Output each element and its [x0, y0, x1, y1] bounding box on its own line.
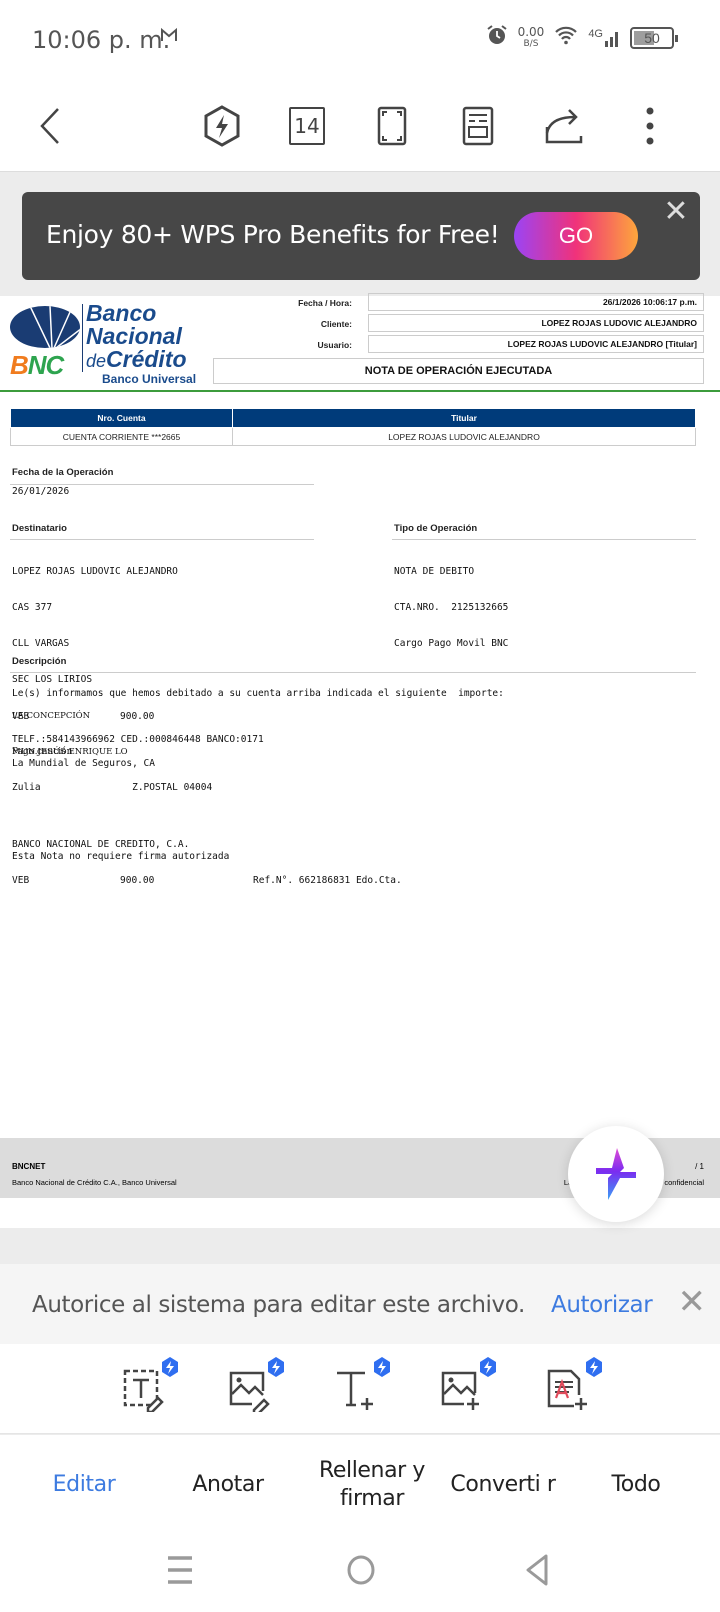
system-nav-bar	[0, 1535, 720, 1612]
mode-tabs: Editar Anotar Rellenar y firmar Converti…	[0, 1435, 720, 1535]
authorize-button[interactable]: Autorizar	[551, 1292, 652, 1318]
tab-convertir[interactable]: Converti r	[448, 1435, 558, 1535]
edit-image-tool[interactable]	[228, 1368, 278, 1418]
tab-anotar[interactable]: Anotar	[172, 1435, 284, 1535]
pdf-page: BNC Banco Nacional deCrédito Banco Unive…	[0, 296, 720, 1228]
reference-number: Ref.N°. 662186831 Edo.Cta.	[253, 875, 402, 887]
tab-rellenar-firmar[interactable]: Rellenar y firmar	[306, 1435, 438, 1535]
destinatario-address: LOPEZ ROJAS LUDOVIC ALEJANDRO CAS 377 CL…	[12, 542, 212, 818]
reader-toolbar: 14	[0, 84, 720, 172]
fecha-operacion-value: 26/01/2026	[12, 486, 69, 498]
net-speed: 0.00 B/S	[518, 26, 545, 50]
table-row: CUENTA CORRIENTE ***2665 LOPEZ ROJAS LUD…	[11, 428, 696, 446]
back-button[interactable]	[28, 104, 72, 148]
tab-todo[interactable]: Todo	[580, 1435, 692, 1535]
logo-emblem	[10, 306, 80, 348]
add-signature-tool[interactable]	[546, 1368, 596, 1418]
document-title: NOTA DE OPERACIÓN EJECUTADA	[213, 358, 704, 384]
recents-icon[interactable]	[166, 1555, 194, 1590]
close-icon[interactable]: ✕	[678, 1282, 707, 1322]
ai-assistant-button[interactable]	[568, 1126, 664, 1222]
gmail-icon	[160, 26, 178, 49]
status-time: 10:06 p. m.	[32, 26, 170, 54]
descripcion-intro: Le(s) informamos que hemos debitado a su…	[12, 688, 504, 700]
signal-icon: 4G	[588, 28, 620, 48]
home-icon[interactable]	[346, 1555, 376, 1590]
fecha-operacion-label: Fecha de la Operación	[12, 467, 113, 478]
ai-sparkle-icon	[590, 1144, 642, 1204]
tab-editar[interactable]: Editar	[28, 1435, 140, 1535]
cliente-label: Cliente:	[212, 319, 352, 329]
status-bar: 10:06 p. m. 0.00 B/S 4G 50	[0, 0, 720, 84]
fecha-value: 26/1/2026 10:06:17 p.m.	[368, 293, 704, 311]
fecha-label: Fecha / Hora:	[212, 298, 352, 308]
edit-tools-row	[0, 1344, 720, 1434]
battery-icon: 50	[630, 27, 674, 49]
add-image-tool[interactable]	[440, 1368, 490, 1418]
status-icons: 0.00 B/S 4G 50	[486, 24, 674, 51]
reading-mode-icon[interactable]	[456, 104, 500, 148]
usuario-value: LOPEZ ROJAS LUDOVIC ALEJANDRO [Titular]	[368, 335, 704, 353]
destinatario-label: Destinatario	[12, 523, 67, 534]
bnc-logo: BNC Banco Nacional deCrédito Banco Unive…	[10, 304, 200, 388]
promo-text: Enjoy 80+ WPS Pro Benefits for Free!	[46, 220, 499, 249]
account-table: Nro. Cuenta Titular CUENTA CORRIENTE ***…	[10, 408, 696, 446]
close-icon[interactable]: ✕	[662, 198, 690, 226]
tipo-operacion-label: Tipo de Operación	[394, 523, 477, 534]
amount: 900.00	[120, 711, 154, 723]
descripcion-label: Descripción	[12, 656, 66, 667]
more-vertical-icon[interactable]	[628, 104, 672, 148]
authorize-bar: Autorice al sistema para editar este arc…	[0, 1264, 720, 1344]
wifi-icon	[554, 25, 578, 50]
fullscreen-icon[interactable]	[370, 104, 414, 148]
tipo-operacion-value: NOTA DE DEBITO CTA.NRO. 2125132665 Cargo…	[394, 542, 508, 674]
page-count-button[interactable]: 14	[285, 104, 329, 148]
back-icon[interactable]	[524, 1553, 552, 1592]
share-icon[interactable]	[542, 104, 586, 148]
promo-go-button[interactable]: GO	[514, 212, 638, 260]
cliente-value: LOPEZ ROJAS LUDOVIC ALEJANDRO	[368, 314, 704, 332]
usuario-label: Usuario:	[212, 340, 352, 350]
lightning-hexagon-icon[interactable]	[200, 104, 244, 148]
alarm-icon	[486, 24, 508, 51]
promo-banner: Enjoy 80+ WPS Pro Benefits for Free! GO …	[22, 192, 700, 280]
edit-text-tool[interactable]	[122, 1368, 172, 1418]
add-text-tool[interactable]	[334, 1368, 384, 1418]
